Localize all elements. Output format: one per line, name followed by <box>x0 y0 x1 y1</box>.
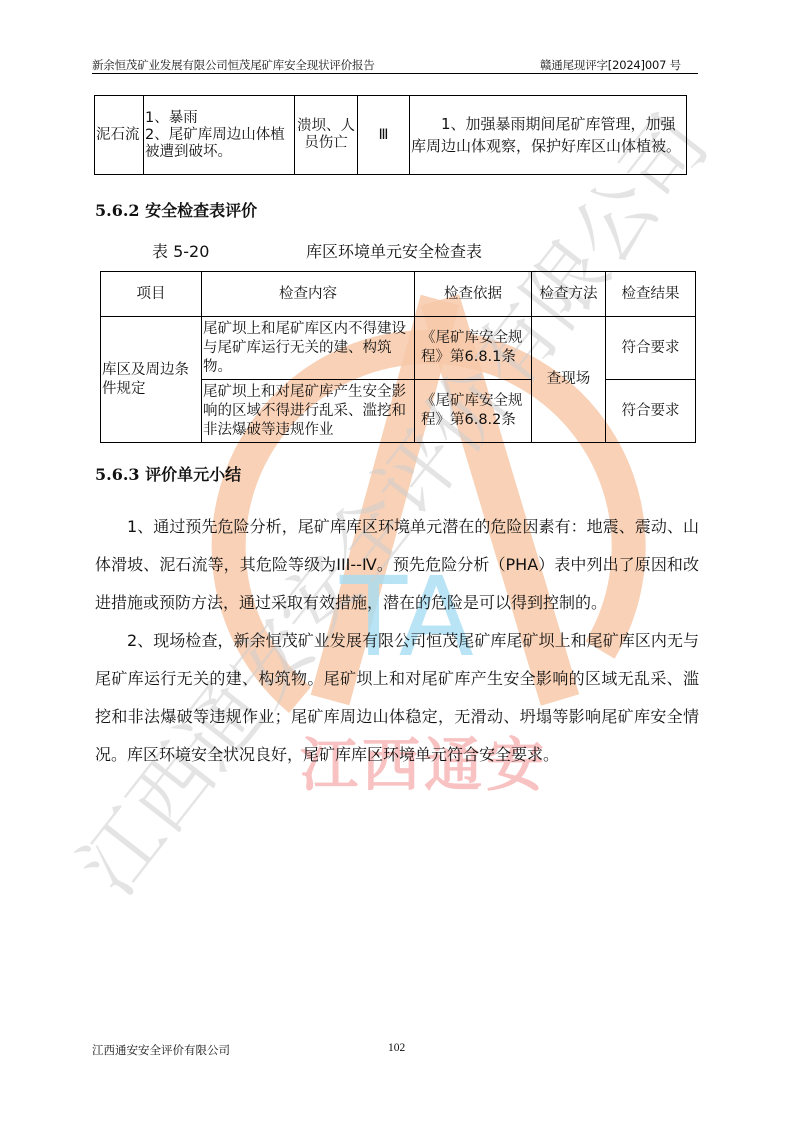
table-header-row: 项目 检查内容 检查依据 检查方法 检查结果 <box>101 272 696 317</box>
result-cell: 符合要求 <box>606 317 696 380</box>
table-row: 泥石流 1、暴雨 2、尾矿库周边山体植被遭到破坏。 溃坝、人员伤亡 Ⅲ 1、加强… <box>95 96 687 175</box>
table-row: 库区及周边条件规定 尾矿坝上和尾矿库区内不得建设与尾矿库运行无关的建、构筑物。 … <box>101 317 696 380</box>
column-header: 检查依据 <box>415 272 532 317</box>
table-caption-number: 表 5-20 <box>152 239 209 262</box>
content-cell: 尾矿坝上和对尾矿库产生安全影响的区域不得进行乱采、滥挖和非法爆破等违规作业 <box>202 380 415 443</box>
footer-company: 江西通安安全评价有限公司 <box>92 1042 230 1058</box>
report-title: 新余恒茂矿业发展有限公司恒茂尾矿库安全现状评价报告 <box>92 57 375 73</box>
summary-paragraphs: 1、通过预先危险分析，尾矿库库区环境单元潜在的危险因素有：地震、震动、山体滑坡、… <box>95 508 699 774</box>
section-heading-563: 5.6.3 评价单元小结 <box>95 462 241 485</box>
summary-paragraph: 1、通过预先危险分析，尾矿库库区环境单元潜在的危险因素有：地震、震动、山体滑坡、… <box>95 508 699 622</box>
page-number: 102 <box>388 1042 405 1054</box>
summary-paragraph: 2、现场检查，新余恒茂矿业发展有限公司恒茂尾矿库尾矿坝上和尾矿库区内无与尾矿库运… <box>95 622 699 774</box>
measures-cell: 1、加强暴雨期间尾矿库管理，加强库周边山体观察，保护好库区山体植被。 <box>410 96 687 175</box>
method-cell: 查现场 <box>532 317 606 443</box>
cause-line: 1、暴雨 <box>145 110 293 127</box>
content-cell: 尾矿坝上和尾矿库区内不得建设与尾矿库运行无关的建、构筑物。 <box>202 317 415 380</box>
column-header: 检查方法 <box>532 272 606 317</box>
consequence-cell: 溃坝、人员伤亡 <box>295 96 358 175</box>
header-divider <box>92 73 698 74</box>
column-header: 项目 <box>101 272 202 317</box>
hazard-cell: 泥石流 <box>95 96 144 175</box>
safety-check-table: 项目 检查内容 检查依据 检查方法 检查结果 库区及周边条件规定 尾矿坝上和尾矿… <box>100 271 696 443</box>
section-heading-562: 5.6.2 安全检查表评价 <box>95 198 257 221</box>
item-cell: 库区及周边条件规定 <box>101 317 202 443</box>
causes-cell: 1、暴雨 2、尾矿库周边山体植被遭到破坏。 <box>144 96 295 175</box>
cause-line: 2、尾矿库周边山体植被遭到破坏。 <box>145 127 293 161</box>
column-header: 检查内容 <box>202 272 415 317</box>
pha-table: 泥石流 1、暴雨 2、尾矿库周边山体植被遭到破坏。 溃坝、人员伤亡 Ⅲ 1、加强… <box>94 95 687 175</box>
result-cell: 符合要求 <box>606 380 696 443</box>
column-header: 检查结果 <box>606 272 696 317</box>
basis-cell: 《尾矿库安全规程》第6.8.1条 <box>415 317 532 380</box>
document-number: 赣通尾现评字[2024]007 号 <box>540 57 681 73</box>
basis-cell: 《尾矿库安全规程》第6.8.2条 <box>415 380 532 443</box>
level-cell: Ⅲ <box>358 96 410 175</box>
table-caption-title: 库区环境单元安全检查表 <box>306 239 482 262</box>
